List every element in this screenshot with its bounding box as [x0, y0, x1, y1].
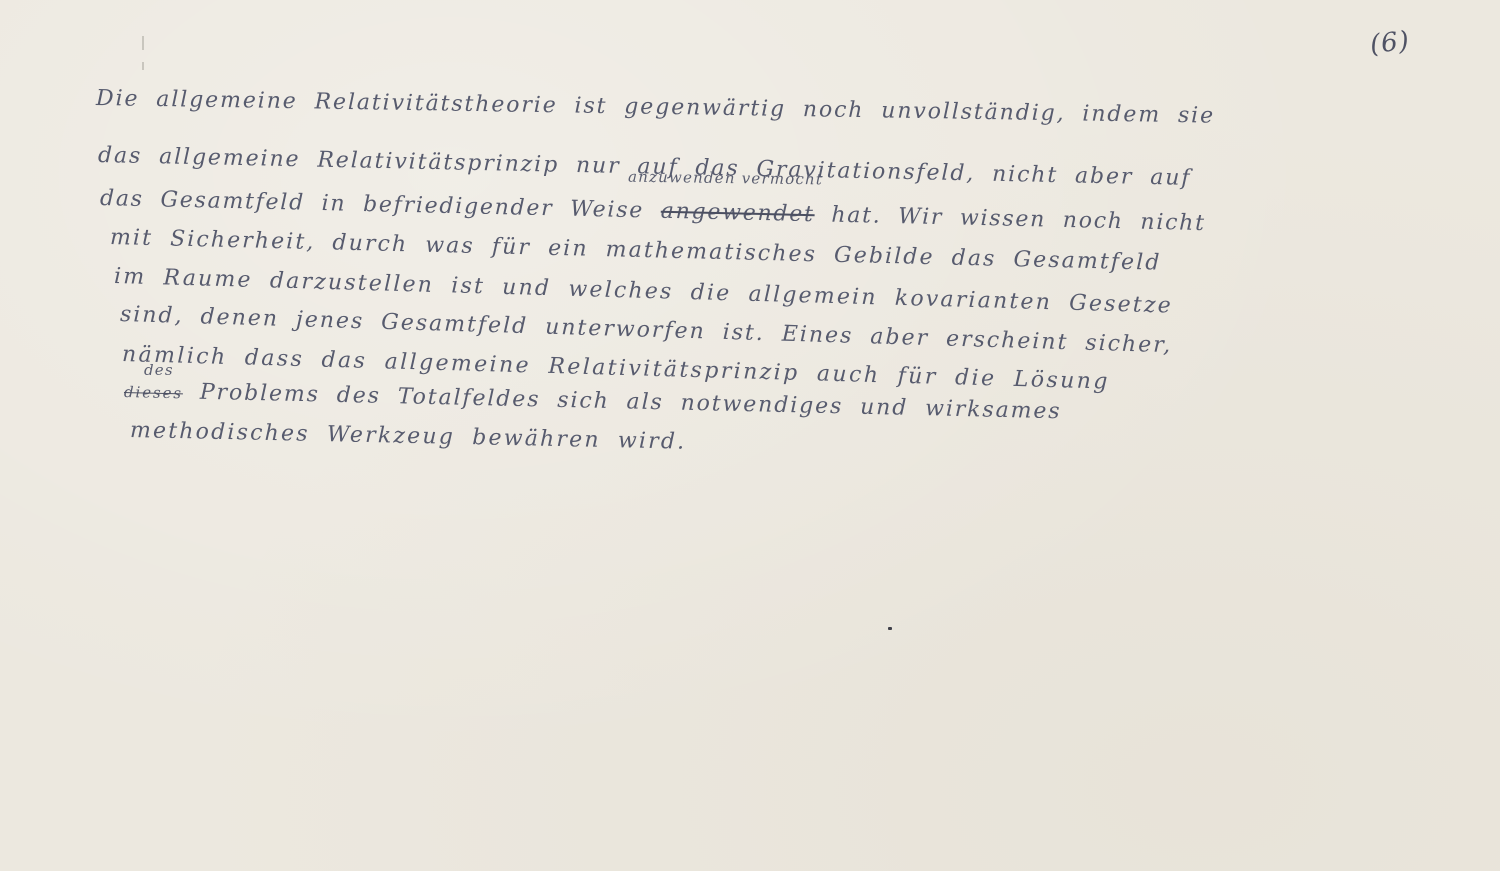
- line-3-struck-word: angewendet: [661, 199, 815, 227]
- line-3-text-before: das Gesamtfeld in befriedigender Weise: [100, 186, 645, 223]
- manuscript-line-1: Die allgemeine Relativitätstheorie ist g…: [96, 86, 1215, 130]
- paper-speck: [888, 627, 892, 630]
- line-8-insertion: des: [144, 362, 174, 378]
- line-3-insertion: anzuwenden vermocht: [628, 169, 823, 188]
- line-3-text-after: hat. Wir wissen noch nicht: [831, 203, 1206, 236]
- manuscript-page: (6) Die allgemeine Relativitätstheorie i…: [0, 0, 1500, 871]
- line-8-struck-word: dieses: [124, 383, 183, 402]
- margin-pencil-mark: [142, 36, 144, 50]
- manuscript-line-9: methodisches Werkzeug bewähren wird.: [130, 418, 687, 456]
- page-number: (6): [1369, 26, 1412, 60]
- margin-pencil-mark: [142, 62, 144, 70]
